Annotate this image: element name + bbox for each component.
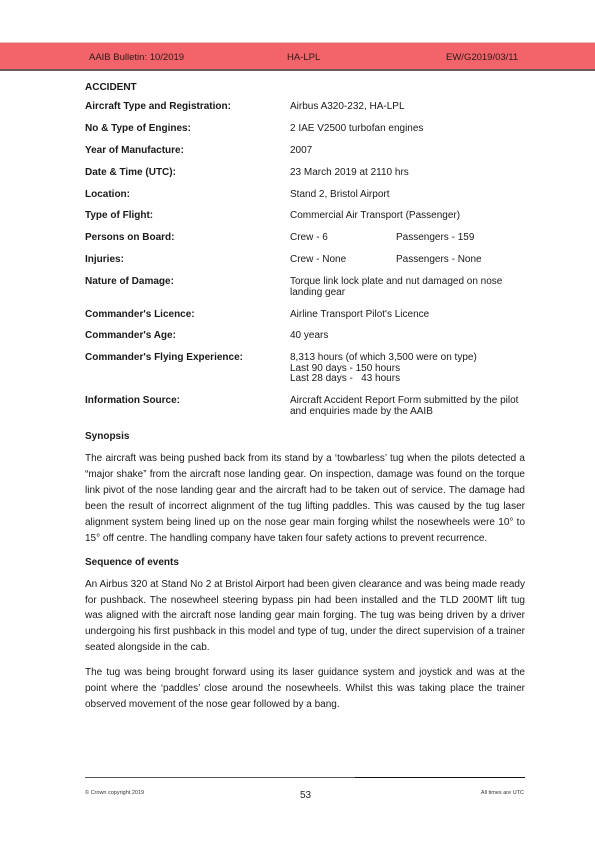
fact-label: Commander's Flying Experience: [85, 353, 290, 385]
bulletin-number: AAIB Bulletin: 10/2019 [89, 52, 184, 63]
fact-value: 40 years [290, 331, 525, 342]
fact-value: 23 March 2019 at 2110 hrs [290, 168, 525, 179]
fact-row: Injuries:Crew - NonePassengers - None [85, 255, 525, 266]
report-content: ACCIDENT Aircraft Type and Registration:… [85, 80, 525, 722]
fact-value-crew: Crew - None [290, 255, 396, 266]
synopsis-heading: Synopsis [85, 431, 525, 442]
fact-value: Crew - NonePassengers - None [290, 255, 525, 266]
fact-row: Nature of Damage:Torque link lock plate … [85, 277, 525, 298]
fact-value: Torque link lock plate and nut damaged o… [290, 277, 525, 298]
fact-label: Date & Time (UTC): [85, 168, 290, 179]
fact-label: Type of Flight: [85, 211, 290, 222]
fact-label: Commander's Age: [85, 331, 290, 342]
fact-label: Nature of Damage: [85, 277, 290, 298]
fact-value-line: Last 28 days - 43 hours [290, 374, 525, 385]
fact-row: Commander's Flying Experience:8,313 hour… [85, 353, 525, 385]
fact-value-passengers: Passengers - 159 [396, 233, 474, 244]
fact-label: Injuries: [85, 255, 290, 266]
fact-row: Location:Stand 2, Bristol Airport [85, 190, 525, 201]
header-band: AAIB Bulletin: 10/2019 HA-LPL EW/G2019/0… [0, 42, 595, 71]
fact-row: Persons on Board:Crew - 6Passengers - 15… [85, 233, 525, 244]
report-reference: EW/G2019/03/11 [446, 52, 518, 63]
footer-divider [85, 777, 525, 778]
fact-value: Aircraft Accident Report Form submitted … [290, 396, 525, 417]
sequence-paragraph: An Airbus 320 at Stand No 2 at Bristol A… [85, 577, 525, 657]
page-number: 53 [300, 790, 311, 801]
fact-label: No & Type of Engines: [85, 124, 290, 135]
fact-row: No & Type of Engines:2 IAE V2500 turbofa… [85, 124, 525, 135]
fact-value-crew: Crew - 6 [290, 233, 396, 244]
copyright-notice: © Crown copyright 2019 [85, 790, 144, 796]
fact-label: Commander's Licence: [85, 310, 290, 321]
fact-table: Aircraft Type and Registration:Airbus A3… [85, 102, 525, 417]
fact-row: Information Source:Aircraft Accident Rep… [85, 396, 525, 417]
sequence-heading: Sequence of events [85, 557, 525, 568]
fact-value: Airbus A320-232, HA-LPL [290, 102, 525, 113]
fact-row: Commander's Age:40 years [85, 331, 525, 342]
fact-label: Year of Manufacture: [85, 146, 290, 157]
fact-value: 2007 [290, 146, 525, 157]
fact-label: Location: [85, 190, 290, 201]
times-note: All times are UTC [481, 790, 524, 796]
fact-label: Persons on Board: [85, 233, 290, 244]
fact-label: Aircraft Type and Registration: [85, 102, 290, 113]
fact-label: Information Source: [85, 396, 290, 417]
fact-value-passengers: Passengers - None [396, 255, 482, 266]
fact-value: Stand 2, Bristol Airport [290, 190, 525, 201]
fact-row: Date & Time (UTC):23 March 2019 at 2110 … [85, 168, 525, 179]
synopsis-text: The aircraft was being pushed back from … [85, 451, 525, 546]
sequence-paragraph: The tug was being brought forward using … [85, 665, 525, 713]
fact-value: Crew - 6Passengers - 159 [290, 233, 525, 244]
fact-row: Commander's Licence:Airline Transport Pi… [85, 310, 525, 321]
fact-row: Type of Flight:Commercial Air Transport … [85, 211, 525, 222]
fact-value: 8,313 hours (of which 3,500 were on type… [290, 353, 525, 385]
report-title: ACCIDENT [85, 80, 525, 102]
fact-row: Year of Manufacture:2007 [85, 146, 525, 157]
fact-row: Aircraft Type and Registration:Airbus A3… [85, 102, 525, 113]
aircraft-registration: HA-LPL [287, 52, 320, 63]
fact-value: Airline Transport Pilot's Licence [290, 310, 525, 321]
fact-value: 2 IAE V2500 turbofan engines [290, 124, 525, 135]
fact-value: Commercial Air Transport (Passenger) [290, 211, 525, 222]
